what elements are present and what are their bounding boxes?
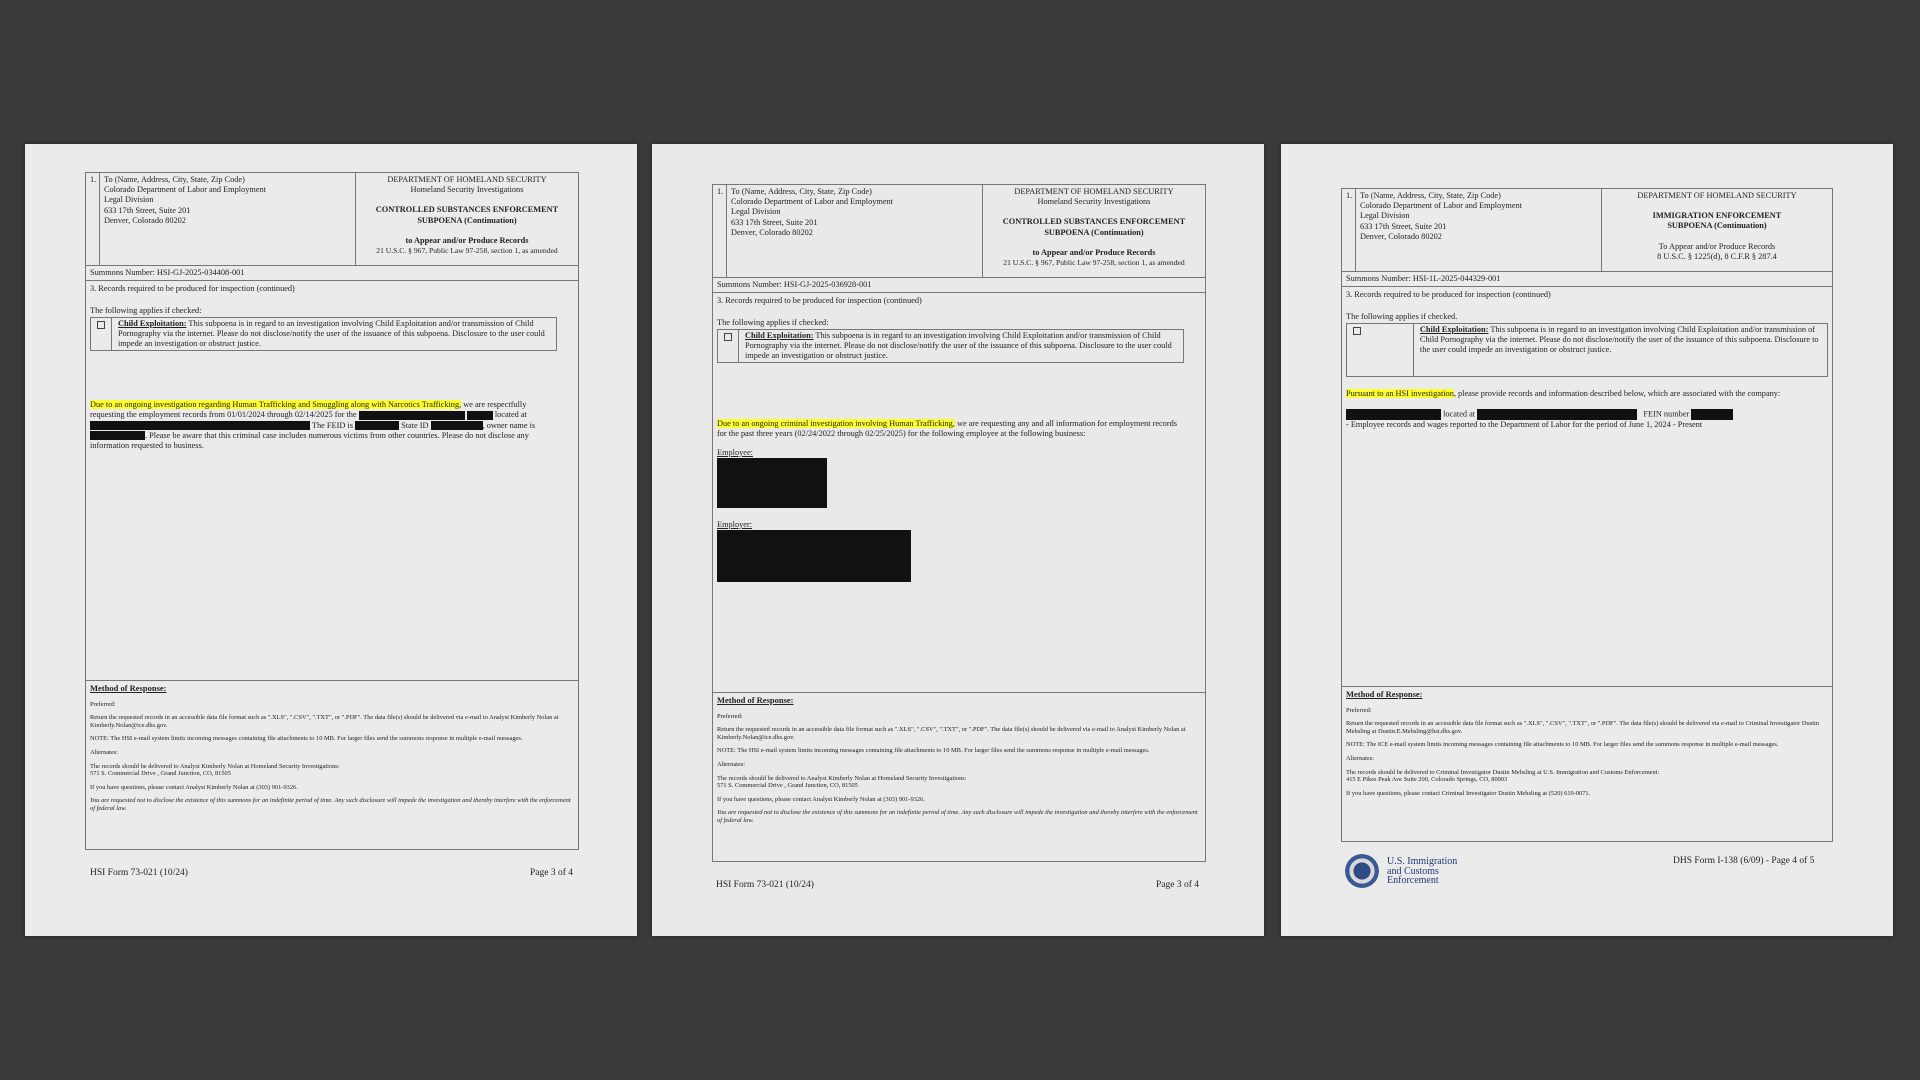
email-note: NOTE: The HSI e-mail system limits incom… bbox=[90, 735, 574, 743]
subpoena-title: CONTROLLED SUBSTANCES ENFORCEMENT bbox=[987, 217, 1201, 227]
records-section: 3. Records required to be produced for i… bbox=[713, 293, 1205, 585]
recipient-line: Legal Division bbox=[104, 195, 355, 205]
redaction-box bbox=[1477, 409, 1637, 420]
disclosure-notice: You are requested not to disclose the ex… bbox=[717, 809, 1201, 824]
highlighted-text: Pursuant to an HSI investigation bbox=[1346, 389, 1454, 398]
records-heading: 3. Records required to be produced for i… bbox=[90, 284, 574, 294]
contact-text: If you have questions, please contact An… bbox=[90, 784, 574, 792]
child-exploitation-text: Child Exploitation: This subpoena is in … bbox=[1414, 324, 1827, 376]
redaction-box bbox=[90, 431, 145, 440]
checkbox[interactable] bbox=[1347, 324, 1414, 376]
checkbox-icon bbox=[724, 333, 732, 341]
checkbox[interactable] bbox=[718, 330, 739, 363]
method-title: Method of Response: bbox=[90, 685, 574, 693]
delivery-address: 571 S. Commercial Drive , Grand Junction… bbox=[90, 770, 574, 778]
recipient-block: To (Name, Address, City, State, Zip Code… bbox=[1356, 189, 1602, 271]
summons-number: Summons Number: HSI-1L-2025-044329-001 bbox=[1342, 272, 1832, 287]
employee-label: Employee: bbox=[717, 448, 1201, 458]
request-text: State ID bbox=[399, 421, 429, 430]
records-requested: - Employee records and wages reported to… bbox=[1346, 420, 1828, 430]
records-heading: 3. Records required to be produced for i… bbox=[1346, 290, 1828, 300]
request-paragraph: Due to an ongoing investigation regardin… bbox=[90, 400, 560, 451]
preferred-label: Preferred: bbox=[717, 713, 1201, 721]
appear-line: to Appear and/or Produce Records bbox=[987, 248, 1201, 258]
method-of-response: Method of Response: Preferred: Return th… bbox=[713, 692, 1205, 861]
ice-logo-text: U.S. Immigration and Customs Enforcement bbox=[1387, 857, 1457, 886]
department-name: DEPARTMENT OF HOMELAND SECURITY bbox=[987, 187, 1201, 197]
request-paragraph: Due to an ongoing criminal investigation… bbox=[717, 419, 1187, 439]
alternates-label: Alternates: bbox=[717, 761, 1201, 769]
subpoena-subtitle: SUBPOENA (Continuation) bbox=[360, 216, 574, 226]
summons-number: Summons Number: HSI-GJ-2025-034408-001 bbox=[86, 266, 578, 281]
alternates-label: Alternates: bbox=[90, 749, 574, 757]
form-id: DHS Form I-138 (6/09) - Page 4 of 5 bbox=[1673, 856, 1814, 866]
highlighted-text: Due to an ongoing criminal investigation… bbox=[717, 419, 955, 428]
authority-line: 8 U.S.C. § 1225(d), 8 C.F.R § 287.4 bbox=[1606, 252, 1828, 262]
agency-block: DEPARTMENT OF HOMELAND SECURITY IMMIGRAT… bbox=[1602, 189, 1832, 271]
redaction-box bbox=[1691, 409, 1733, 420]
contact-text: If you have questions, please contact Cr… bbox=[1346, 790, 1828, 798]
recipient-header: To (Name, Address, City, State, Zip Code… bbox=[104, 175, 355, 185]
records-section: 3. Records required to be produced for i… bbox=[86, 281, 578, 454]
highlighted-text: Due to an ongoing investigation regardin… bbox=[90, 400, 461, 409]
checkbox-icon bbox=[97, 321, 105, 329]
delivery-address: 415 E Pikes Peak Ave Suite 200, Colorado… bbox=[1346, 776, 1828, 784]
method-of-response: Method of Response: Preferred: Return th… bbox=[1342, 686, 1832, 841]
form-header: 1. To (Name, Address, City, State, Zip C… bbox=[713, 185, 1205, 278]
form-header: 1. To (Name, Address, City, State, Zip C… bbox=[1342, 189, 1832, 272]
child-exploitation-box: Child Exploitation: This subpoena is in … bbox=[1346, 323, 1828, 377]
subpoena-subtitle: SUBPOENA (Continuation) bbox=[987, 228, 1201, 238]
subpoena-title: IMMIGRATION ENFORCEMENT bbox=[1606, 211, 1828, 221]
redaction-box bbox=[431, 421, 483, 430]
item-number: 1. bbox=[86, 173, 100, 265]
item-number: 1. bbox=[1342, 189, 1356, 271]
applies-label: The following applies if checked. bbox=[1346, 312, 1828, 322]
preferred-label: Preferred: bbox=[1346, 707, 1828, 715]
recipient-line: Colorado Department of Labor and Employm… bbox=[731, 197, 982, 207]
email-note: NOTE: The ICE e-mail system limits incom… bbox=[1346, 741, 1828, 749]
redaction-box bbox=[359, 411, 465, 420]
page-number: Page 3 of 4 bbox=[530, 868, 573, 878]
redaction-box-employer bbox=[717, 530, 911, 582]
redaction-box bbox=[1346, 409, 1441, 420]
method-of-response: Method of Response: Preferred: Return th… bbox=[86, 680, 578, 849]
ice-logo: U.S. Immigration and Customs Enforcement bbox=[1345, 854, 1457, 893]
subpoena-form: 1. To (Name, Address, City, State, Zip C… bbox=[712, 184, 1206, 862]
request-text: The FEID is bbox=[310, 421, 353, 430]
document-page-1: 1. To (Name, Address, City, State, Zip C… bbox=[25, 144, 637, 936]
redaction-box bbox=[467, 411, 493, 420]
recipient-line: Legal Division bbox=[731, 207, 982, 217]
child-exploitation-box: Child Exploitation: This subpoena is in … bbox=[717, 329, 1184, 364]
request-text: , owner name is bbox=[483, 421, 536, 430]
page-number: Page 3 of 4 bbox=[1156, 880, 1199, 890]
subpoena-subtitle: SUBPOENA (Continuation) bbox=[1606, 221, 1828, 231]
request-text: FEIN number bbox=[1641, 409, 1689, 418]
appear-line: To Appear and/or Produce Records bbox=[1606, 242, 1828, 252]
document-page-3: 1. To (Name, Address, City, State, Zip C… bbox=[1281, 144, 1893, 936]
ce-label: Child Exploitation: bbox=[745, 331, 813, 340]
authority-line: 21 U.S.C. § 967, Public Law 97-258, sect… bbox=[987, 258, 1201, 268]
recipient-line: Denver, Colorado 80202 bbox=[731, 228, 982, 238]
recipient-header: To (Name, Address, City, State, Zip Code… bbox=[731, 187, 982, 197]
request-paragraph: Pursuant to an HSI investigation, please… bbox=[1346, 389, 1816, 399]
summons-number: Summons Number: HSI-GJ-2025-036928-001 bbox=[713, 278, 1205, 293]
method-title: Method of Response: bbox=[717, 697, 1201, 705]
alternates-label: Alternates: bbox=[1346, 755, 1828, 763]
recipient-line: Colorado Department of Labor and Employm… bbox=[1360, 201, 1601, 211]
agency-name: Homeland Security Investigations bbox=[987, 197, 1201, 207]
applies-label: The following applies if checked: bbox=[90, 306, 574, 316]
appear-line: to Appear and/or Produce Records bbox=[360, 236, 574, 246]
redaction-box bbox=[355, 421, 399, 430]
delivery-text: The records should be delivered to Analy… bbox=[90, 763, 574, 771]
subpoena-title: CONTROLLED SUBSTANCES ENFORCEMENT bbox=[360, 205, 574, 215]
records-section: 3. Records required to be produced for i… bbox=[1342, 287, 1832, 433]
redaction-box bbox=[90, 421, 310, 430]
recipient-block: To (Name, Address, City, State, Zip Code… bbox=[100, 173, 356, 265]
delivery-text: The records should be delivered to Analy… bbox=[717, 775, 1201, 783]
recipient-line: Denver, Colorado 80202 bbox=[104, 216, 355, 226]
subpoena-form: 1. To (Name, Address, City, State, Zip C… bbox=[85, 172, 579, 850]
form-header: 1. To (Name, Address, City, State, Zip C… bbox=[86, 173, 578, 266]
disclosure-notice: You are requested not to disclose the ex… bbox=[90, 797, 574, 812]
ce-label: Child Exploitation: bbox=[1420, 325, 1488, 334]
recipient-line: 633 17th Street, Suite 201 bbox=[104, 206, 355, 216]
request-text: . Please be aware that this criminal cas… bbox=[90, 431, 529, 450]
records-heading: 3. Records required to be produced for i… bbox=[717, 296, 1201, 306]
recipient-line: Legal Division bbox=[1360, 211, 1601, 221]
checkbox[interactable] bbox=[91, 318, 112, 351]
preferred-label: Preferred: bbox=[90, 701, 574, 709]
department-name: DEPARTMENT OF HOMELAND SECURITY bbox=[1606, 191, 1828, 201]
recipient-line: 633 17th Street, Suite 201 bbox=[731, 218, 982, 228]
authority-line: 21 U.S.C. § 967, Public Law 97-258, sect… bbox=[360, 246, 574, 256]
child-exploitation-box: Child Exploitation: This subpoena is in … bbox=[90, 317, 557, 352]
checkbox-icon bbox=[1353, 327, 1361, 335]
document-page-2: 1. To (Name, Address, City, State, Zip C… bbox=[652, 144, 1264, 936]
ce-label: Child Exploitation: bbox=[118, 319, 186, 328]
agency-name: Homeland Security Investigations bbox=[360, 185, 574, 195]
agency-block: DEPARTMENT OF HOMELAND SECURITY Homeland… bbox=[356, 173, 578, 265]
redaction-box-employee bbox=[717, 458, 827, 508]
return-instructions: Return the requested records in an acces… bbox=[717, 726, 1201, 741]
recipient-line: Denver, Colorado 80202 bbox=[1360, 232, 1601, 242]
subpoena-form: 1. To (Name, Address, City, State, Zip C… bbox=[1341, 188, 1833, 842]
request-text: located at bbox=[493, 410, 527, 419]
agency-block: DEPARTMENT OF HOMELAND SECURITY Homeland… bbox=[983, 185, 1205, 277]
recipient-line: Colorado Department of Labor and Employm… bbox=[104, 185, 355, 195]
recipient-line: 633 17th Street, Suite 201 bbox=[1360, 222, 1601, 232]
request-text: , please provide records and information… bbox=[1454, 389, 1780, 398]
child-exploitation-text: Child Exploitation: This subpoena is in … bbox=[112, 318, 556, 351]
item-number: 1. bbox=[713, 185, 727, 277]
method-title: Method of Response: bbox=[1346, 691, 1828, 699]
company-line: located at FEIN number bbox=[1346, 409, 1828, 420]
return-instructions: Return the requested records in an acces… bbox=[1346, 720, 1828, 735]
logo-line: Enforcement bbox=[1387, 876, 1457, 886]
child-exploitation-text: Child Exploitation: This subpoena is in … bbox=[739, 330, 1183, 363]
form-id: HSI Form 73-021 (10/24) bbox=[90, 868, 188, 878]
applies-label: The following applies if checked: bbox=[717, 318, 1201, 328]
dhs-seal-icon bbox=[1345, 854, 1379, 888]
recipient-header: To (Name, Address, City, State, Zip Code… bbox=[1360, 191, 1601, 201]
contact-text: If you have questions, please contact An… bbox=[717, 796, 1201, 804]
employer-label: Employer: bbox=[717, 520, 1201, 530]
request-text: located at bbox=[1441, 409, 1475, 418]
email-note: NOTE: The HSI e-mail system limits incom… bbox=[717, 747, 1201, 755]
delivery-address: 571 S. Commercial Drive , Grand Junction… bbox=[717, 782, 1201, 790]
department-name: DEPARTMENT OF HOMELAND SECURITY bbox=[360, 175, 574, 185]
recipient-block: To (Name, Address, City, State, Zip Code… bbox=[727, 185, 983, 277]
form-id: HSI Form 73-021 (10/24) bbox=[716, 880, 814, 890]
return-instructions: Return the requested records in an acces… bbox=[90, 714, 574, 729]
delivery-text: The records should be delivered to Crimi… bbox=[1346, 769, 1828, 777]
